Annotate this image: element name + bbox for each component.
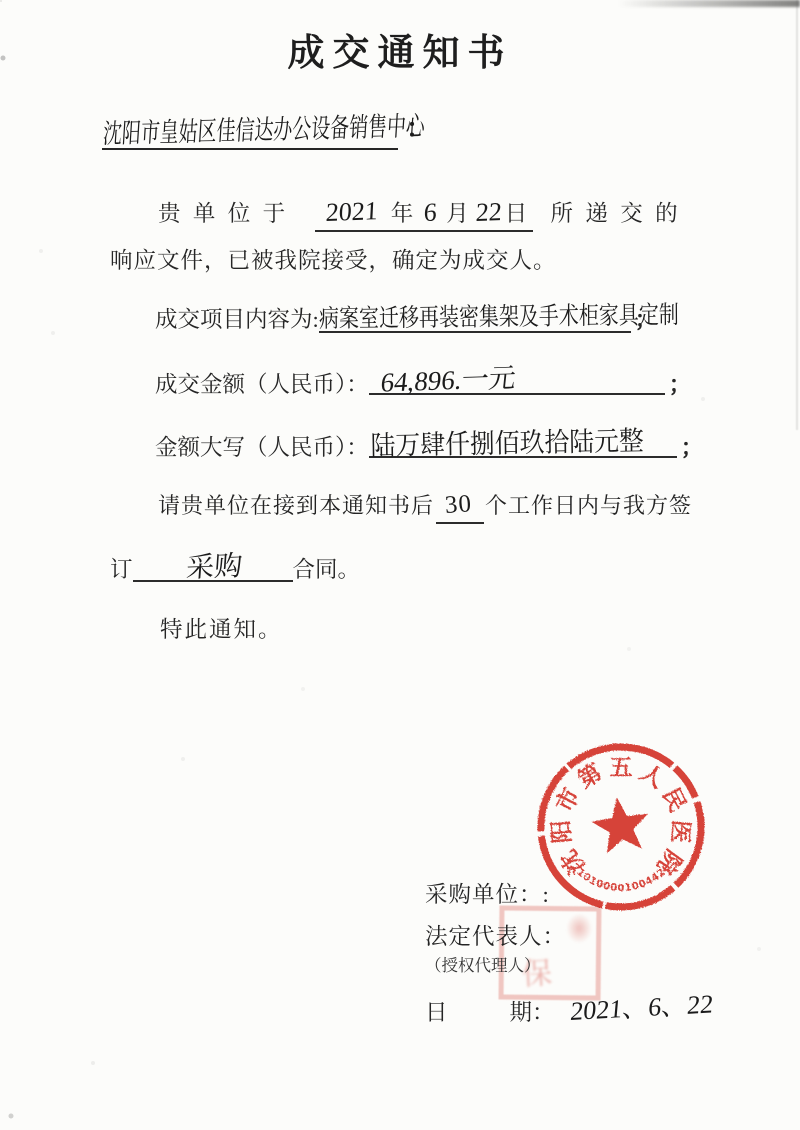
date-row: 日 期： 2021、6、22: [425, 991, 712, 1028]
svg-text:五: 五: [610, 755, 633, 780]
date-word-2: 期：: [510, 995, 555, 1027]
amount-words-label: 金额大写（人民币）：: [155, 430, 369, 462]
deal-content-handwritten: 病案室迁移再装密集架及手术柜家具定制: [319, 295, 679, 335]
deal-amount-underline: 64,896.一元: [369, 361, 665, 395]
svg-text:民: 民: [658, 784, 691, 816]
year-label: 年: [391, 196, 414, 228]
paragraph-submission-line2: 响应文件，已被我院接受，确定为成交人。: [110, 243, 557, 275]
date-handwritten: 2021、6、22: [569, 983, 715, 1028]
notice-before: 请贵单位在接到本通知书后: [158, 489, 434, 520]
recipient-name-handwritten: 沈阳市皇姑区佳信达办公设备销售中心: [102, 104, 426, 151]
stamp-smudge: [566, 913, 592, 943]
deal-amount-handwritten: 64,896.一元: [369, 356, 518, 400]
paragraph-submission: 贵单位于 2021 年 6 月 22 日 所递交的: [158, 196, 690, 232]
amount-words-underline: 陆万肆仟捌佰玖拾陆元整: [369, 424, 677, 458]
amount-words-row: 金额大写（人民币）： 陆万肆仟捌佰玖拾陆元整 ；: [155, 424, 703, 462]
svg-text:人: 人: [636, 760, 669, 793]
notice-paragraph: 请贵单位在接到本通知书后 30 个工作日内与我方签: [158, 489, 692, 524]
hospital-seal-icon: 沈阳市第五人民医院210100001004420: [533, 739, 709, 915]
deal-amount-row: 成交金额（人民币）： 64,896.一元 ；: [155, 361, 691, 399]
deal-content-row: 成交项目内容为: 病案室迁移再装密集架及手术柜家具定制 ；: [155, 299, 657, 334]
contract-prefix: 订: [110, 552, 133, 584]
amount-words-suffix: ；: [681, 430, 704, 462]
svg-text:市: 市: [552, 784, 585, 816]
deal-content-label: 成交项目内容为:: [155, 302, 319, 334]
contract-type-underline: 采购: [133, 546, 293, 582]
deal-amount-label: 成交金额（人民币）：: [155, 367, 369, 399]
deal-amount-suffix: ；: [669, 367, 692, 399]
para1-after: 所递交的: [550, 196, 690, 228]
scan-noise: [0, 0, 2, 2]
date-word-1: 日: [425, 995, 448, 1027]
closing-statement: 特此通知。: [160, 612, 283, 644]
year-handwritten: 2021: [325, 196, 379, 228]
contract-suffix: 合同。: [293, 552, 361, 584]
scan-smudge-top: [618, 0, 800, 7]
authorized-agent-label: （授权代理人）: [425, 952, 541, 976]
recipient-underline: 沈阳市皇姑区佳信达办公设备销售中心: [102, 106, 398, 150]
official-seal: 沈阳市第五人民医院210100001004420: [533, 739, 709, 915]
svg-text:医: 医: [667, 819, 694, 844]
day-label: 日: [505, 196, 528, 228]
deal-content-underline: 病案室迁移再装密集架及手术柜家具定制: [319, 299, 631, 333]
recipient-row: 沈阳市皇姑区佳信达办公设备销售中心 ：: [102, 106, 432, 150]
document-title: 成交通知书: [0, 22, 800, 76]
month-label: 月: [446, 196, 469, 228]
buyer-unit-label: 采购单位：:: [425, 877, 550, 909]
notice-after: 个工作日内与我方签: [485, 489, 692, 520]
contract-line: 订 采购 合同。: [110, 546, 360, 584]
submission-date-underline: 2021 年 6 月 22 日: [315, 196, 534, 232]
month-handwritten: 6: [423, 197, 438, 228]
para1-before: 贵单位于: [158, 196, 298, 228]
day-handwritten: 22: [475, 197, 503, 228]
svg-text:阳: 阳: [548, 819, 575, 844]
working-days-underline: 30: [436, 492, 484, 524]
svg-text:第: 第: [573, 759, 606, 793]
amount-words-handwritten: 陆万肆仟捌佰玖拾陆元整: [368, 419, 644, 463]
working-days-handwritten: 30: [444, 490, 473, 520]
legal-representative-label: 法定代表人：: [425, 919, 566, 951]
contract-type-handwritten: 采购: [185, 544, 244, 586]
